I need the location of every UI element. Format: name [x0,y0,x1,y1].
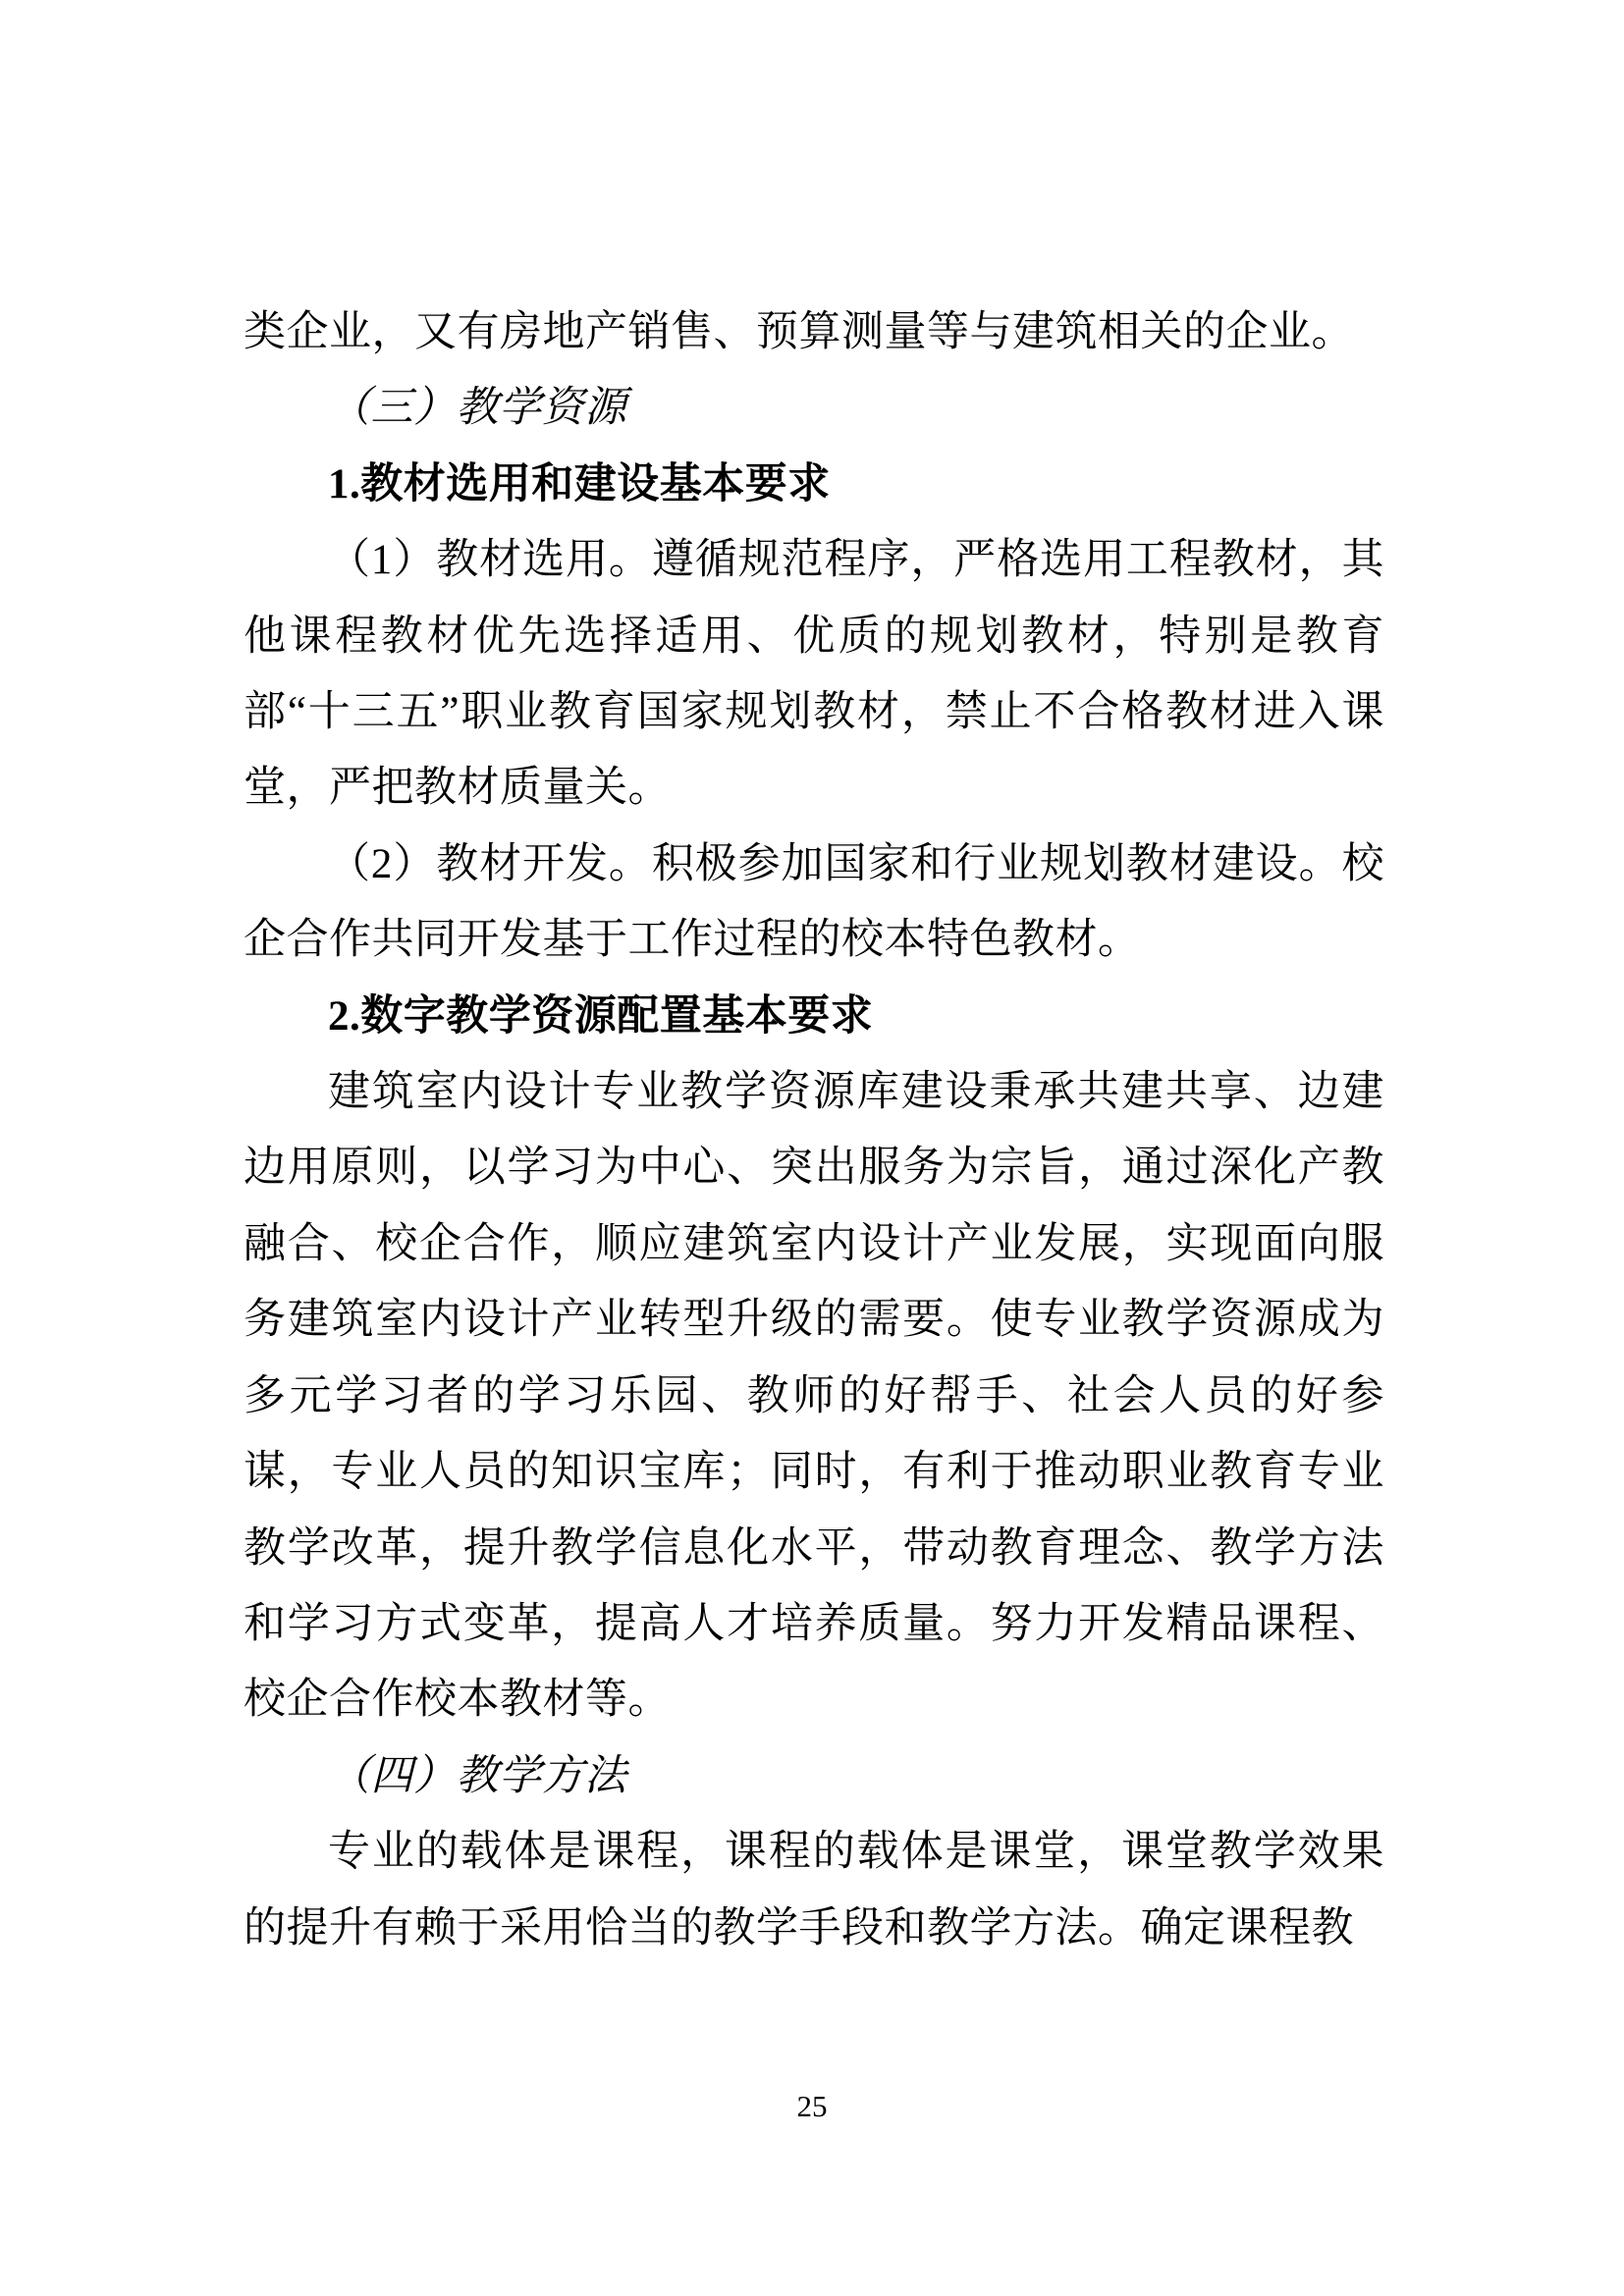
subsection-heading: （三）教学资源 [244,370,1384,446]
numbered-heading: 2.数字教学资源配置基本要求 [244,979,1384,1054]
paragraph-continued: 类企业，又有房地产销售、预算测量等与建筑相关的企业。 [244,294,1384,370]
numbered-heading: 1.教材选用和建设基本要求 [244,447,1384,522]
subsection-heading: （四）教学方法 [244,1738,1384,1814]
page-number: 25 [0,2087,1624,2126]
paragraph: （2）教材开发。积极参加国家和行业规划教材建设。校企合作共同开发基于工作过程的校… [244,827,1384,979]
paragraph: （1）教材选用。遵循规范程序，严格选用工程教材，其他课程教材优先选择适用、优质的… [244,522,1384,827]
document-body: 类企业，又有房地产销售、预算测量等与建筑相关的企业。（三）教学资源1.教材选用和… [244,294,1384,1966]
document-page: 类企业，又有房地产销售、预算测量等与建筑相关的企业。（三）教学资源1.教材选用和… [0,0,1624,2296]
paragraph: 专业的载体是课程，课程的载体是课堂，课堂教学效果的提升有赖于采用恰当的教学手段和… [244,1814,1384,1966]
paragraph: 建筑室内设计专业教学资源库建设秉承共建共享、边建边用原则，以学习为中心、突出服务… [244,1054,1384,1738]
